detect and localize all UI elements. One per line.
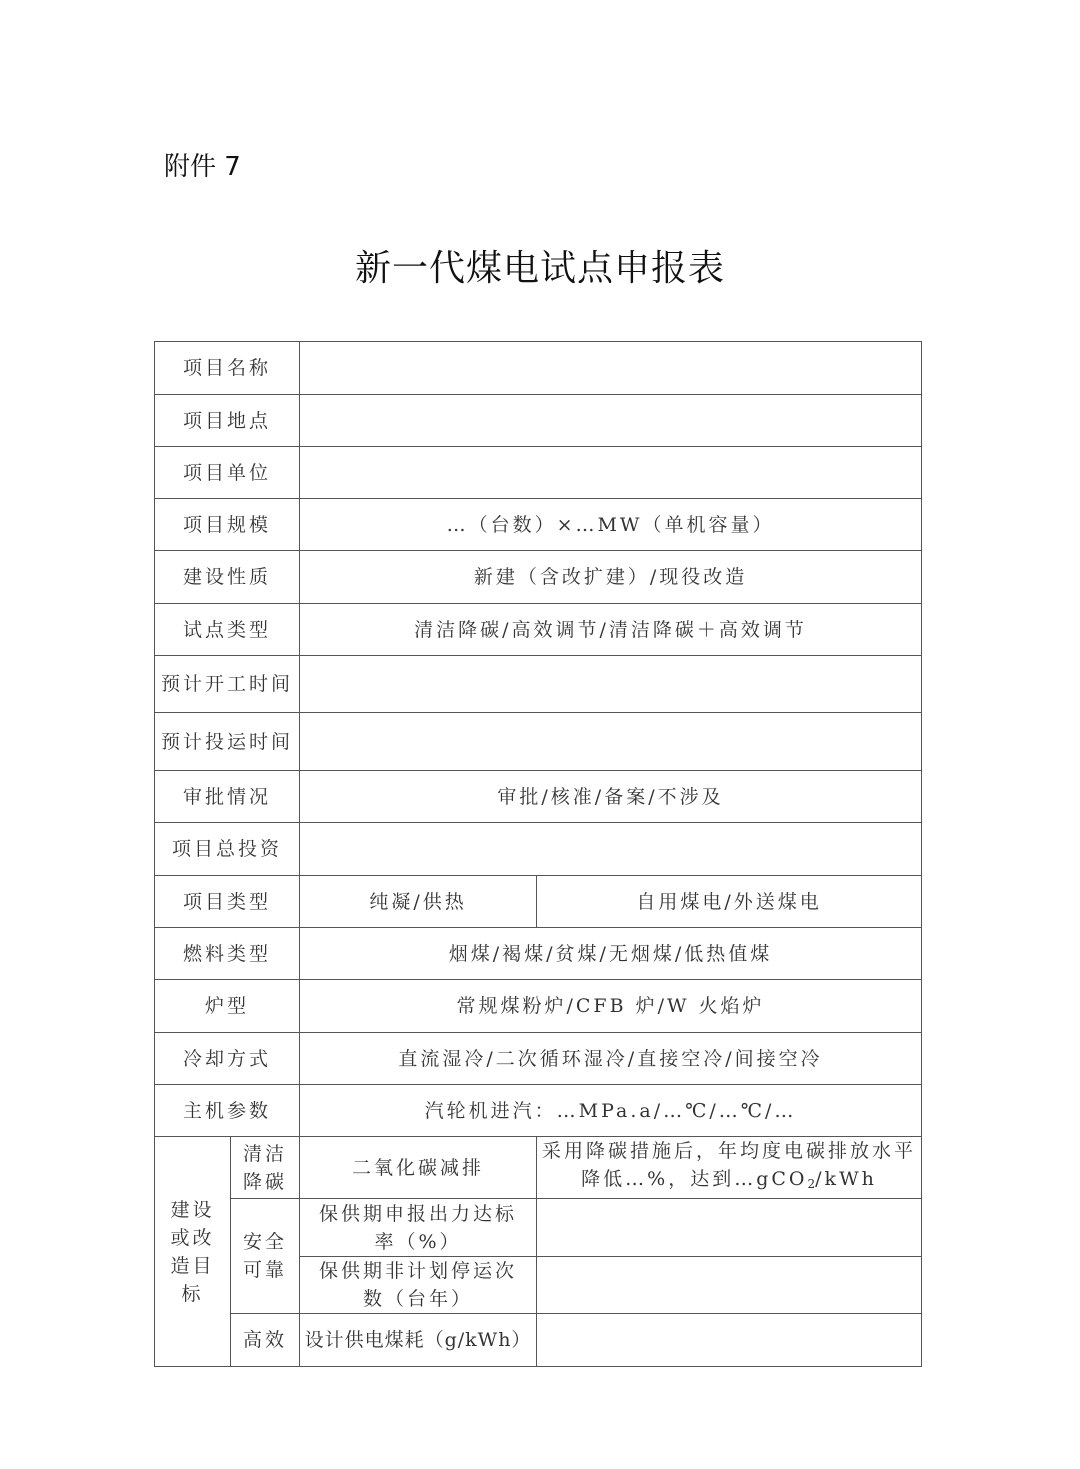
- field-total-investment[interactable]: [300, 823, 922, 876]
- field-project-name[interactable]: [300, 342, 922, 395]
- label-planned-operation: 预计投运时间: [155, 713, 300, 771]
- label-safety-reliability: 安全可靠: [231, 1199, 300, 1314]
- row-project-unit: 项目单位: [155, 447, 922, 499]
- label-output-rate: 保供期申报出力达标率（%）: [300, 1199, 537, 1257]
- row-project-category: 项目类型 纯凝/供热 自用煤电/外送煤电: [155, 876, 922, 928]
- row-project-scale: 项目规模 …（台数）×…MW（单机容量）: [155, 499, 922, 551]
- field-output-rate[interactable]: [537, 1199, 922, 1257]
- label-total-investment: 项目总投资: [155, 823, 300, 876]
- label-project-location: 项目地点: [155, 395, 300, 447]
- row-construction-nature: 建设性质 新建（含改扩建）/现役改造: [155, 551, 922, 604]
- label-clean-carbon: 清洁降碳: [231, 1137, 300, 1199]
- row-boiler-type: 炉型 常规煤粉炉/CFB 炉/W 火焰炉: [155, 980, 922, 1033]
- label-project-scale: 项目规模: [155, 499, 300, 551]
- form-title: 新一代煤电试点申报表: [0, 240, 1080, 291]
- row-fuel-type: 燃料类型 烟煤/褐煤/贫煤/无烟煤/低热值煤: [155, 928, 922, 980]
- row-project-name: 项目名称: [155, 342, 922, 395]
- label-efficiency: 高效: [231, 1314, 300, 1367]
- field-planned-start[interactable]: [300, 656, 922, 713]
- label-project-unit: 项目单位: [155, 447, 300, 499]
- label-unplanned-outages: 保供期非计划停运次数（台年）: [300, 1257, 537, 1314]
- label-targets-group: 建设或改造目标: [155, 1137, 231, 1367]
- field-cooling-method[interactable]: 直流湿冷/二次循环湿冷/直接空冷/间接空冷: [300, 1033, 922, 1085]
- row-cooling-method: 冷却方式 直流湿冷/二次循环湿冷/直接空冷/间接空冷: [155, 1033, 922, 1085]
- field-planned-operation[interactable]: [300, 713, 922, 771]
- attachment-label: 附件 7: [164, 146, 241, 183]
- field-co2-reduction[interactable]: 采用降碳措施后，年均度电碳排放水平 降低…%，达到…gCO2/kWh: [537, 1137, 922, 1199]
- label-planned-start: 预计开工时间: [155, 656, 300, 713]
- field-condensing-heating[interactable]: 纯凝/供热: [300, 876, 537, 928]
- field-fuel-type[interactable]: 烟煤/褐煤/贫煤/无烟煤/低热值煤: [300, 928, 922, 980]
- row-target-clean: 建设或改造目标 清洁降碳 二氧化碳减排 采用降碳措施后，年均度电碳排放水平 降低…: [155, 1137, 922, 1199]
- row-target-output-rate: 安全可靠 保供期申报出力达标率（%）: [155, 1199, 922, 1257]
- field-project-location[interactable]: [300, 395, 922, 447]
- field-project-unit[interactable]: [300, 447, 922, 499]
- field-boiler-type[interactable]: 常规煤粉炉/CFB 炉/W 火焰炉: [300, 980, 922, 1033]
- application-form-table: 项目名称 项目地点 项目单位 项目规模 …（台数）×…MW（单机容量） 建设性质…: [154, 341, 922, 1367]
- row-planned-operation: 预计投运时间: [155, 713, 922, 771]
- label-fuel-type: 燃料类型: [155, 928, 300, 980]
- label-approval-status: 审批情况: [155, 771, 300, 823]
- field-coal-consumption[interactable]: [537, 1314, 922, 1367]
- row-main-parameters: 主机参数 汽轮机进汽：…MPa.a/…℃/…℃/…: [155, 1085, 922, 1137]
- row-project-location: 项目地点: [155, 395, 922, 447]
- label-cooling-method: 冷却方式: [155, 1033, 300, 1085]
- field-self-use-export[interactable]: 自用煤电/外送煤电: [537, 876, 922, 928]
- field-project-scale[interactable]: …（台数）×…MW（单机容量）: [300, 499, 922, 551]
- label-coal-consumption: 设计供电煤耗（g/kWh）: [300, 1314, 537, 1367]
- label-main-parameters: 主机参数: [155, 1085, 300, 1137]
- co2-text-line2: 降低…%，达到…gCO2/kWh: [541, 1165, 917, 1198]
- field-construction-nature[interactable]: 新建（含改扩建）/现役改造: [300, 551, 922, 604]
- co2-text-line1: 采用降碳措施后，年均度电碳排放水平: [541, 1137, 917, 1165]
- row-pilot-type: 试点类型 清洁降碳/高效调节/清洁降碳＋高效调节: [155, 604, 922, 656]
- row-approval-status: 审批情况 审批/核准/备案/不涉及: [155, 771, 922, 823]
- label-project-name: 项目名称: [155, 342, 300, 395]
- row-total-investment: 项目总投资: [155, 823, 922, 876]
- row-planned-start: 预计开工时间: [155, 656, 922, 713]
- label-pilot-type: 试点类型: [155, 604, 300, 656]
- field-main-parameters[interactable]: 汽轮机进汽：…MPa.a/…℃/…℃/…: [300, 1085, 922, 1137]
- label-co2-reduction: 二氧化碳减排: [300, 1137, 537, 1199]
- field-unplanned-outages[interactable]: [537, 1257, 922, 1314]
- row-target-coal-consumption: 高效 设计供电煤耗（g/kWh）: [155, 1314, 922, 1367]
- field-pilot-type[interactable]: 清洁降碳/高效调节/清洁降碳＋高效调节: [300, 604, 922, 656]
- label-boiler-type: 炉型: [155, 980, 300, 1033]
- field-approval-status[interactable]: 审批/核准/备案/不涉及: [300, 771, 922, 823]
- label-project-category: 项目类型: [155, 876, 300, 928]
- label-construction-nature: 建设性质: [155, 551, 300, 604]
